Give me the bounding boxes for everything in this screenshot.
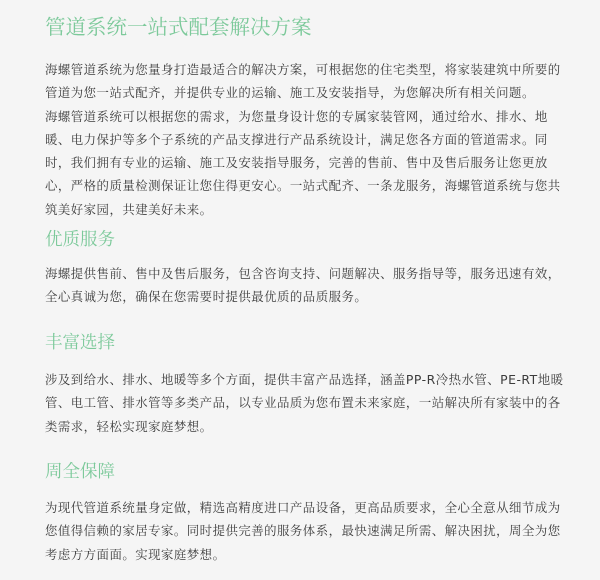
- section-heading-full-guarantee: 周全保障: [45, 459, 115, 485]
- intro-section: 海螺管道系统为您量身打造最适合的解决方案，可根据您的住宅类型，将家装建筑中所要的…: [45, 58, 567, 221]
- intro-paragraph-1: 海螺管道系统为您量身打造最适合的解决方案，可根据您的住宅类型，将家装建筑中所要的…: [45, 58, 567, 105]
- section-full-guarantee: 为现代管道系统量身定做，精选高精度进口产品设备，更高品质要求，全心全意从细节成为…: [45, 496, 567, 566]
- page-title: 管道系统一站式配套解决方案: [45, 12, 312, 42]
- section-body-quality-service: 海螺提供售前、售中及售后服务，包含咨询支持、问题解决、服务指导等，服务迅速有效，…: [45, 262, 567, 309]
- section-quality-service: 海螺提供售前、售中及售后服务，包含咨询支持、问题解决、服务指导等，服务迅速有效，…: [45, 262, 567, 309]
- section-rich-choice: 涉及到给水、排水、地暖等多个方面，提供丰富产品选择，涵盖PP-R冷热水管、PE-…: [45, 368, 567, 438]
- section-heading-rich-choice: 丰富选择: [45, 330, 115, 356]
- section-body-rich-choice: 涉及到给水、排水、地暖等多个方面，提供丰富产品选择，涵盖PP-R冷热水管、PE-…: [45, 368, 567, 438]
- section-body-full-guarantee: 为现代管道系统量身定做，精选高精度进口产品设备，更高品质要求，全心全意从细节成为…: [45, 496, 567, 566]
- intro-paragraph-2: 海螺管道系统可以根据您的需求，为您量身设计您的专属家装管网，通过给水、排水、地暖…: [45, 105, 567, 221]
- section-heading-quality-service: 优质服务: [45, 227, 115, 253]
